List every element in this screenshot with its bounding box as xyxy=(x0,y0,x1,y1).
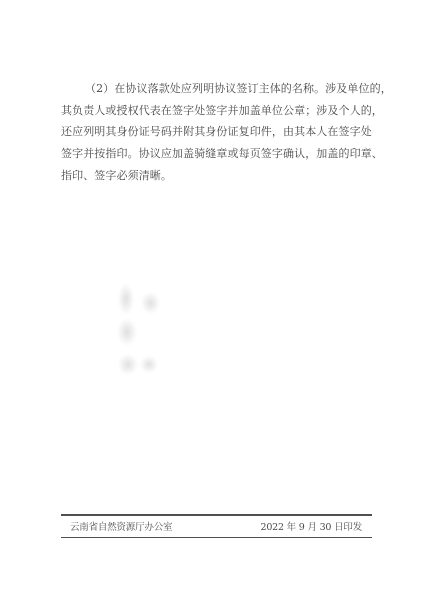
bleedthrough-artifact xyxy=(140,356,158,373)
print-date-label: 2022 年 9 月 30 日印发 xyxy=(260,519,362,533)
footer-row: 云南省自然资源厅办公室 2022 年 9 月 30 日印发 xyxy=(61,516,372,537)
issuing-office-label: 云南省自然资源厅办公室 xyxy=(70,519,172,533)
scanned-document-page: （2）在协议落款处应列明协议签订主体的名称。涉及单位的， 其负责人或授权代表在签… xyxy=(0,0,424,600)
bleedthrough-artifact xyxy=(141,292,160,314)
paragraph-line: 指印、签字必须清晰。 xyxy=(61,165,379,187)
bleedthrough-artifact xyxy=(117,318,137,346)
page-footer: 云南省自然资源厅办公室 2022 年 9 月 30 日印发 xyxy=(61,514,372,538)
paragraph-line: 其负责人或授权代表在签字处签字并加盖单位公章；涉及个人的， xyxy=(61,100,379,122)
paragraph-line: （2）在协议落款处应列明协议签订主体的名称。涉及单位的， xyxy=(61,78,379,100)
bleedthrough-artifact xyxy=(118,283,134,315)
footer-rule-bottom xyxy=(61,537,372,539)
bleedthrough-artifact xyxy=(118,354,138,375)
paragraph-line: 还应列明其身份证号码并附其身份证复印件，由其本人在签字处 xyxy=(61,121,379,143)
body-paragraph: （2）在协议落款处应列明协议签订主体的名称。涉及单位的， 其负责人或授权代表在签… xyxy=(61,78,379,186)
paragraph-line: 签字并按指印。协议应加盖骑缝章或每页签字确认，加盖的印章、 xyxy=(61,143,379,165)
